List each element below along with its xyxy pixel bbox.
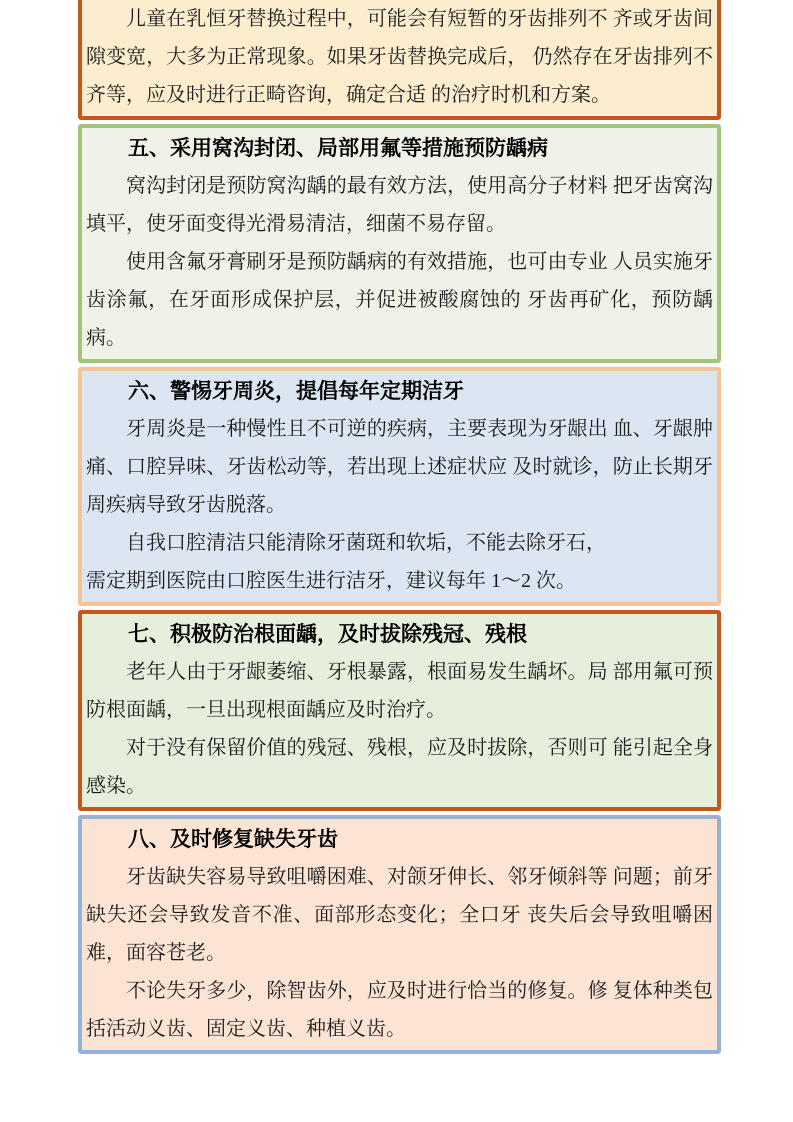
section-6-heading: 六、警惕牙周炎，提倡每年定期洁牙 <box>86 372 713 410</box>
section-8-paragraph-2: 不论失牙多少，除智齿外，应及时进行恰当的修复。修 复体种类包括活动义齿、固定义齿… <box>86 972 713 1048</box>
section-5-box: 五、采用窝沟封闭、局部用氟等措施预防龋病 窝沟封闭是预防窝沟龋的最有效方法，使用… <box>78 124 721 363</box>
section-5-paragraph-2: 使用含氟牙膏刷牙是预防龋病的有效措施，也可由专业 人员实施牙齿涂氟，在牙面形成保… <box>86 243 713 357</box>
section-5-paragraph-1: 窝沟封闭是预防窝沟龋的最有效方法，使用高分子材料 把牙齿窝沟填平，使牙面变得光滑… <box>86 167 713 243</box>
section-6-box: 六、警惕牙周炎，提倡每年定期洁牙 牙周炎是一种慢性且不可逆的疾病，主要表现为牙龈… <box>78 367 721 606</box>
section-8-paragraph-1: 牙齿缺失容易导致咀嚼困难、对颌牙伸长、邻牙倾斜等 问题；前牙缺失还会导致发音不准… <box>86 858 713 972</box>
section-7-paragraph-1: 老年人由于牙龈萎缩、牙根暴露，根面易发生龋坏。局 部用氟可预防根面龋，一旦出现根… <box>86 653 713 729</box>
content-column: 儿童在乳恒牙替换过程中，可能会有短暂的牙齿排列不 齐或牙齿间隙变宽，大多为正常现… <box>78 0 721 1058</box>
section-7-heading: 七、积极防治根面龋，及时拔除残冠、残根 <box>86 615 713 653</box>
intro-box: 儿童在乳恒牙替换过程中，可能会有短暂的牙齿排列不 齐或牙齿间隙变宽，大多为正常现… <box>78 0 721 120</box>
section-5-heading: 五、采用窝沟封闭、局部用氟等措施预防龋病 <box>86 129 713 167</box>
section-8-heading: 八、及时修复缺失牙齿 <box>86 820 713 858</box>
section-6-paragraph-1: 牙周炎是一种慢性且不可逆的疾病，主要表现为牙龈出 血、牙龈肿痛、口腔异味、牙齿松… <box>86 410 713 524</box>
section-7-paragraph-2: 对于没有保留价值的残冠、残根，应及时拔除，否则可 能引起全身感染。 <box>86 729 713 805</box>
section-6-paragraph-2: 自我口腔清洁只能清除牙菌斑和软垢，不能去除牙石， 需定期到医院由口腔医生进行洁牙… <box>86 524 713 600</box>
intro-paragraph: 儿童在乳恒牙替换过程中，可能会有短暂的牙齿排列不 齐或牙齿间隙变宽，大多为正常现… <box>86 0 713 114</box>
document-page: 儿童在乳恒牙替换过程中，可能会有短暂的牙齿排列不 齐或牙齿间隙变宽，大多为正常现… <box>0 0 793 1122</box>
section-8-box: 八、及时修复缺失牙齿 牙齿缺失容易导致咀嚼困难、对颌牙伸长、邻牙倾斜等 问题；前… <box>78 815 721 1054</box>
section-7-box: 七、积极防治根面龋，及时拔除残冠、残根 老年人由于牙龈萎缩、牙根暴露，根面易发生… <box>78 610 721 811</box>
